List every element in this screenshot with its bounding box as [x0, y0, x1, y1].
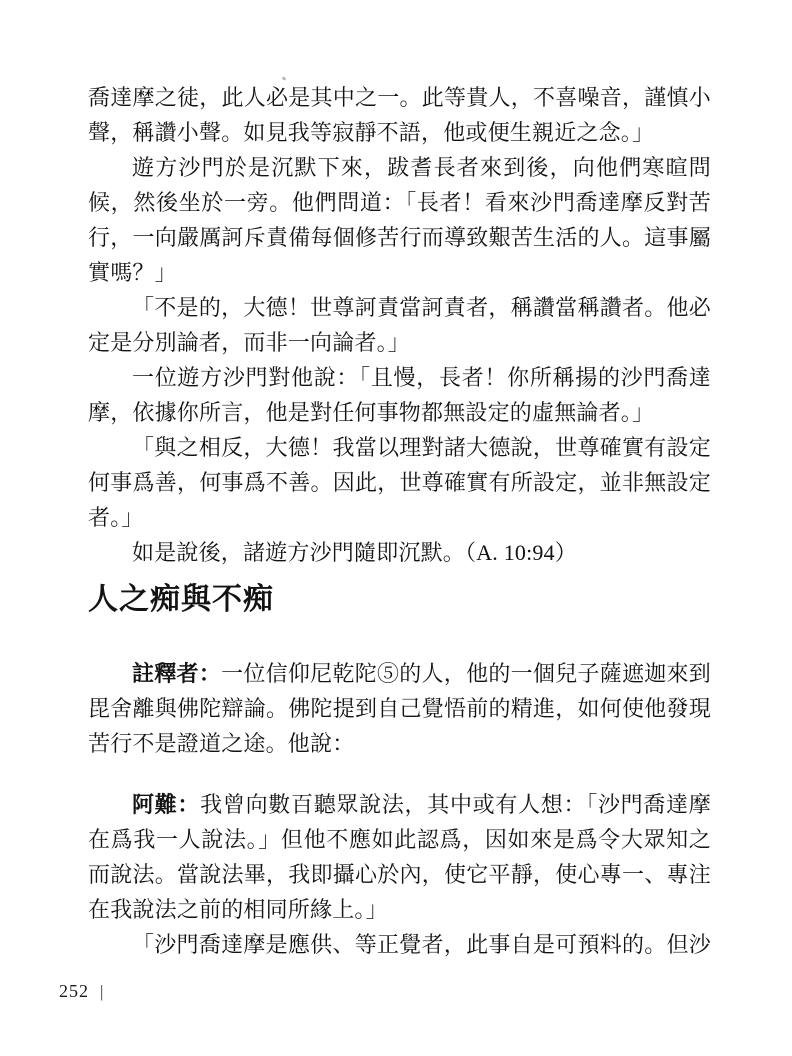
footer-divider: |: [100, 982, 103, 1001]
text-line: 在爲我一人說法。」但他不應如此認爲，因如來是爲令大眾知之: [88, 822, 711, 857]
section-heading: 人之痴與不痴: [88, 580, 711, 620]
paragraph-lead-label: 註釋者：: [132, 661, 221, 686]
text-line: 而說法。當說法畢，我即攝心於內，使它平靜，使心專一、專注: [88, 857, 711, 892]
dialogue-passage: 喬達摩之徒，此人必是其中之一。此等貴人，不喜噪音，謹慎小聲，稱讚小聲。如見我等寂…: [88, 80, 711, 570]
text-line: 如是說後，諸遊方沙門隨即沉默。（A. 10:94）: [88, 535, 711, 570]
ananda-paragraph: 阿難：我曾向數百聽眾說法，其中或有人想：「沙門喬達摩在爲我一人說法。」但他不應如…: [88, 787, 711, 962]
text-line: 聲，稱讚小聲。如見我等寂靜不語，他或便生親近之念。」: [88, 115, 711, 150]
paragraph-lead-label: 阿難：: [132, 792, 200, 817]
text-line: 實嗎？」: [88, 255, 711, 290]
text-line: 「沙門喬達摩是應供、等正覺者，此事自是可預料的。但沙: [88, 927, 711, 962]
text-line: 註釋者：一位信仰尼乾陀⑤的人，他的一個兒子薩遮迦來到: [88, 656, 711, 691]
text-line: 遊方沙門於是沉默下來，跋耆長者來到後，向他們寒暄問: [88, 150, 711, 185]
text-line: 阿難：我曾向數百聽眾說法，其中或有人想：「沙門喬達摩: [88, 787, 711, 822]
book-page: 喬達摩之徒，此人必是其中之一。此等貴人，不喜噪音，謹慎小聲，稱讚小聲。如見我等寂…: [0, 0, 792, 1056]
text-line: 摩，依據你所言，他是對任何事物都無設定的虛無論者。」: [88, 395, 711, 430]
text-line: 何事爲善，何事爲不善。因此，世尊確實有所設定，並非無設定: [88, 465, 711, 500]
text-line: 一位遊方沙門對他說：「且慢，長者！你所稱揚的沙門喬達: [88, 360, 711, 395]
text-line: 毘舍離與佛陀辯論。佛陀提到自己覺悟前的精進，如何使他發現: [88, 691, 711, 726]
commentator-paragraph: 註釋者：一位信仰尼乾陀⑤的人，他的一個兒子薩遮迦來到毘舍離與佛陀辯論。佛陀提到自…: [88, 656, 711, 761]
text-line: 者。」: [88, 500, 711, 535]
text-line: 「不是的，大德！世尊訶責當訶責者，稱讚當稱讚者。他必: [88, 290, 711, 325]
text-line: 「與之相反，大德！我當以理對諸大德說，世尊確實有設定: [88, 430, 711, 465]
text-line: 在我說法之前的相同所緣上。」: [88, 892, 711, 927]
text-line: 喬達摩之徒，此人必是其中之一。此等貴人，不喜噪音，謹慎小: [88, 80, 711, 115]
text-block: 喬達摩之徒，此人必是其中之一。此等貴人，不喜噪音，謹慎小聲，稱讚小聲。如見我等寂…: [88, 80, 711, 962]
text-line: 候，然後坐於一旁。他們問道：「長者！看來沙門喬達摩反對苦: [88, 185, 711, 220]
page-number: 252: [59, 981, 89, 1001]
text-line: 定是分別論者，而非一向論者。」: [88, 325, 711, 360]
text-line: 苦行不是證道之途。他說：: [88, 726, 711, 761]
text-line: 行，一向嚴厲訶斥責備每個修苦行而導致艱苦生活的人。這事屬: [88, 220, 711, 255]
page-footer: 252|: [59, 980, 103, 1003]
